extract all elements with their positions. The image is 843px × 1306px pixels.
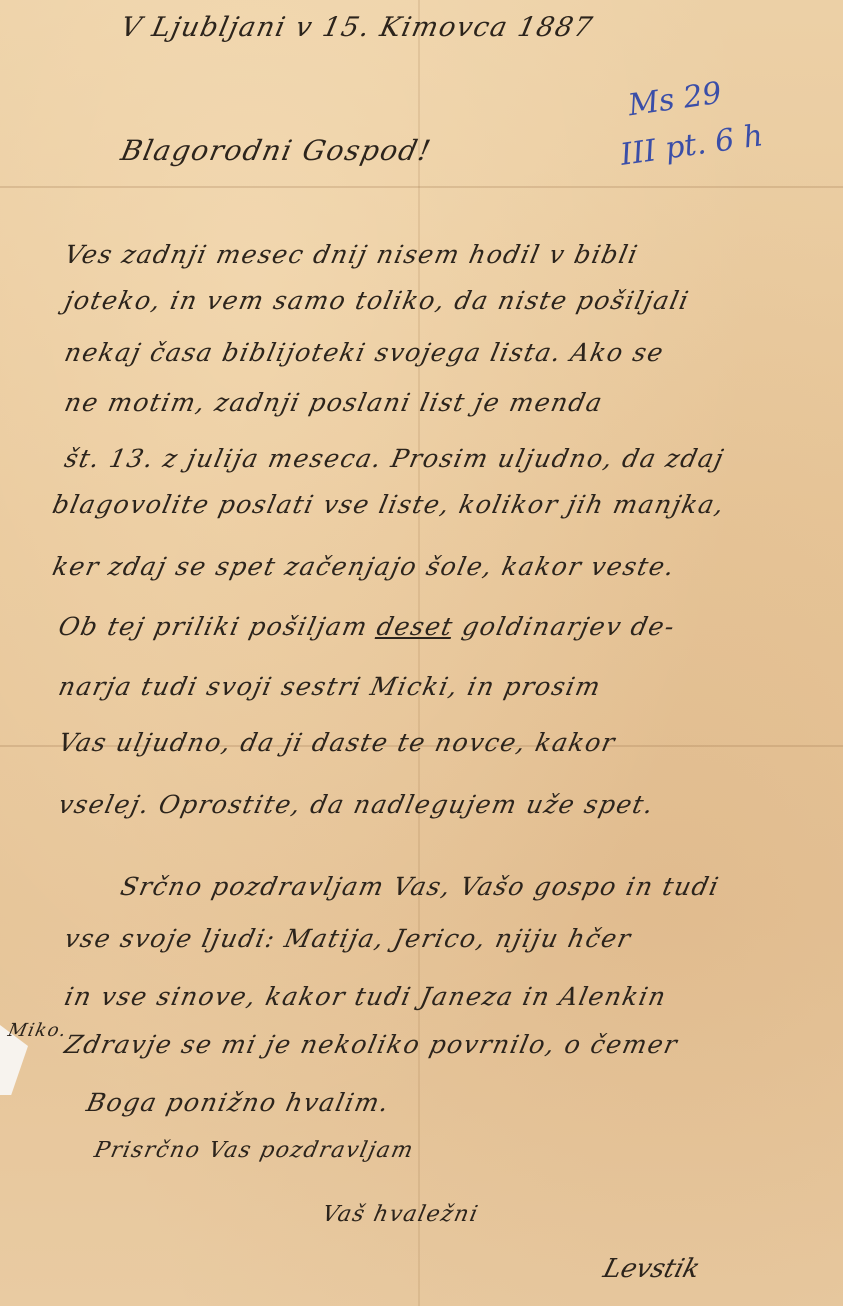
body-line: vselej. Oprostite, da nadlegujem uže spe…	[56, 790, 657, 819]
body-line: Zdravje se mi je nekoliko povrnilo, o če…	[62, 1030, 681, 1059]
archival-location: III pt. 6 h	[618, 118, 765, 173]
body-line: blagovolite poslati vse liste, kolikor j…	[50, 490, 728, 519]
body-line: Ob tej priliki pošiljam deset goldinarje…	[56, 612, 678, 641]
date-line: V Ljubljani v 15. Kimovca 1887	[118, 12, 596, 43]
body-line: Srčno pozdravljam Vas, Vašo gospo in tud…	[118, 872, 722, 901]
archival-shelfmark: Ms 29	[626, 76, 724, 124]
body-line: Ves zadnji mesec dnij nisem hodil v bibl…	[62, 240, 641, 269]
body-line: Boga ponižno hvalim.	[84, 1088, 393, 1117]
body-text: Ob tej priliki pošiljam	[56, 612, 380, 641]
body-line: ker zdaj se spet začenjajo šole, kakor v…	[50, 552, 678, 581]
closing-greeting: Prisrčno Vas pozdravljam	[92, 1138, 416, 1163]
letter-page: V Ljubljani v 15. Kimovca 1887 Ms 29 III…	[0, 0, 843, 1306]
body-text: goldinarjev de-	[460, 612, 679, 641]
body-line: in vse sinove, kakor tudi Janeza in Alen…	[62, 982, 670, 1011]
paper-fold	[0, 186, 843, 188]
closing-phrase: Vaš hvaležni	[320, 1202, 481, 1227]
body-line: ne motim, zadnji poslani list je menda	[62, 388, 606, 417]
body-line: nekaj časa biblijoteki svojega lista. Ak…	[62, 338, 667, 367]
body-line: vse svoje ljudi: Matija, Jerico, njiju h…	[62, 924, 634, 953]
signature: Levstik	[600, 1254, 703, 1284]
body-line: Vas uljudno, da ji daste te novce, kakor	[56, 728, 619, 757]
paper-fold	[418, 0, 420, 1306]
margin-fragment: Miko.	[6, 1020, 69, 1041]
salutation: Blagorodni Gospod!	[118, 134, 435, 167]
underlined-word: deset	[374, 612, 456, 641]
body-line: št. 13. z julija meseca. Prosim uljudno,…	[62, 444, 727, 473]
body-line: narja tudi svoji sestri Micki, in prosim	[56, 672, 604, 701]
body-line: joteko, in vem samo toliko, da niste poš…	[62, 286, 692, 315]
